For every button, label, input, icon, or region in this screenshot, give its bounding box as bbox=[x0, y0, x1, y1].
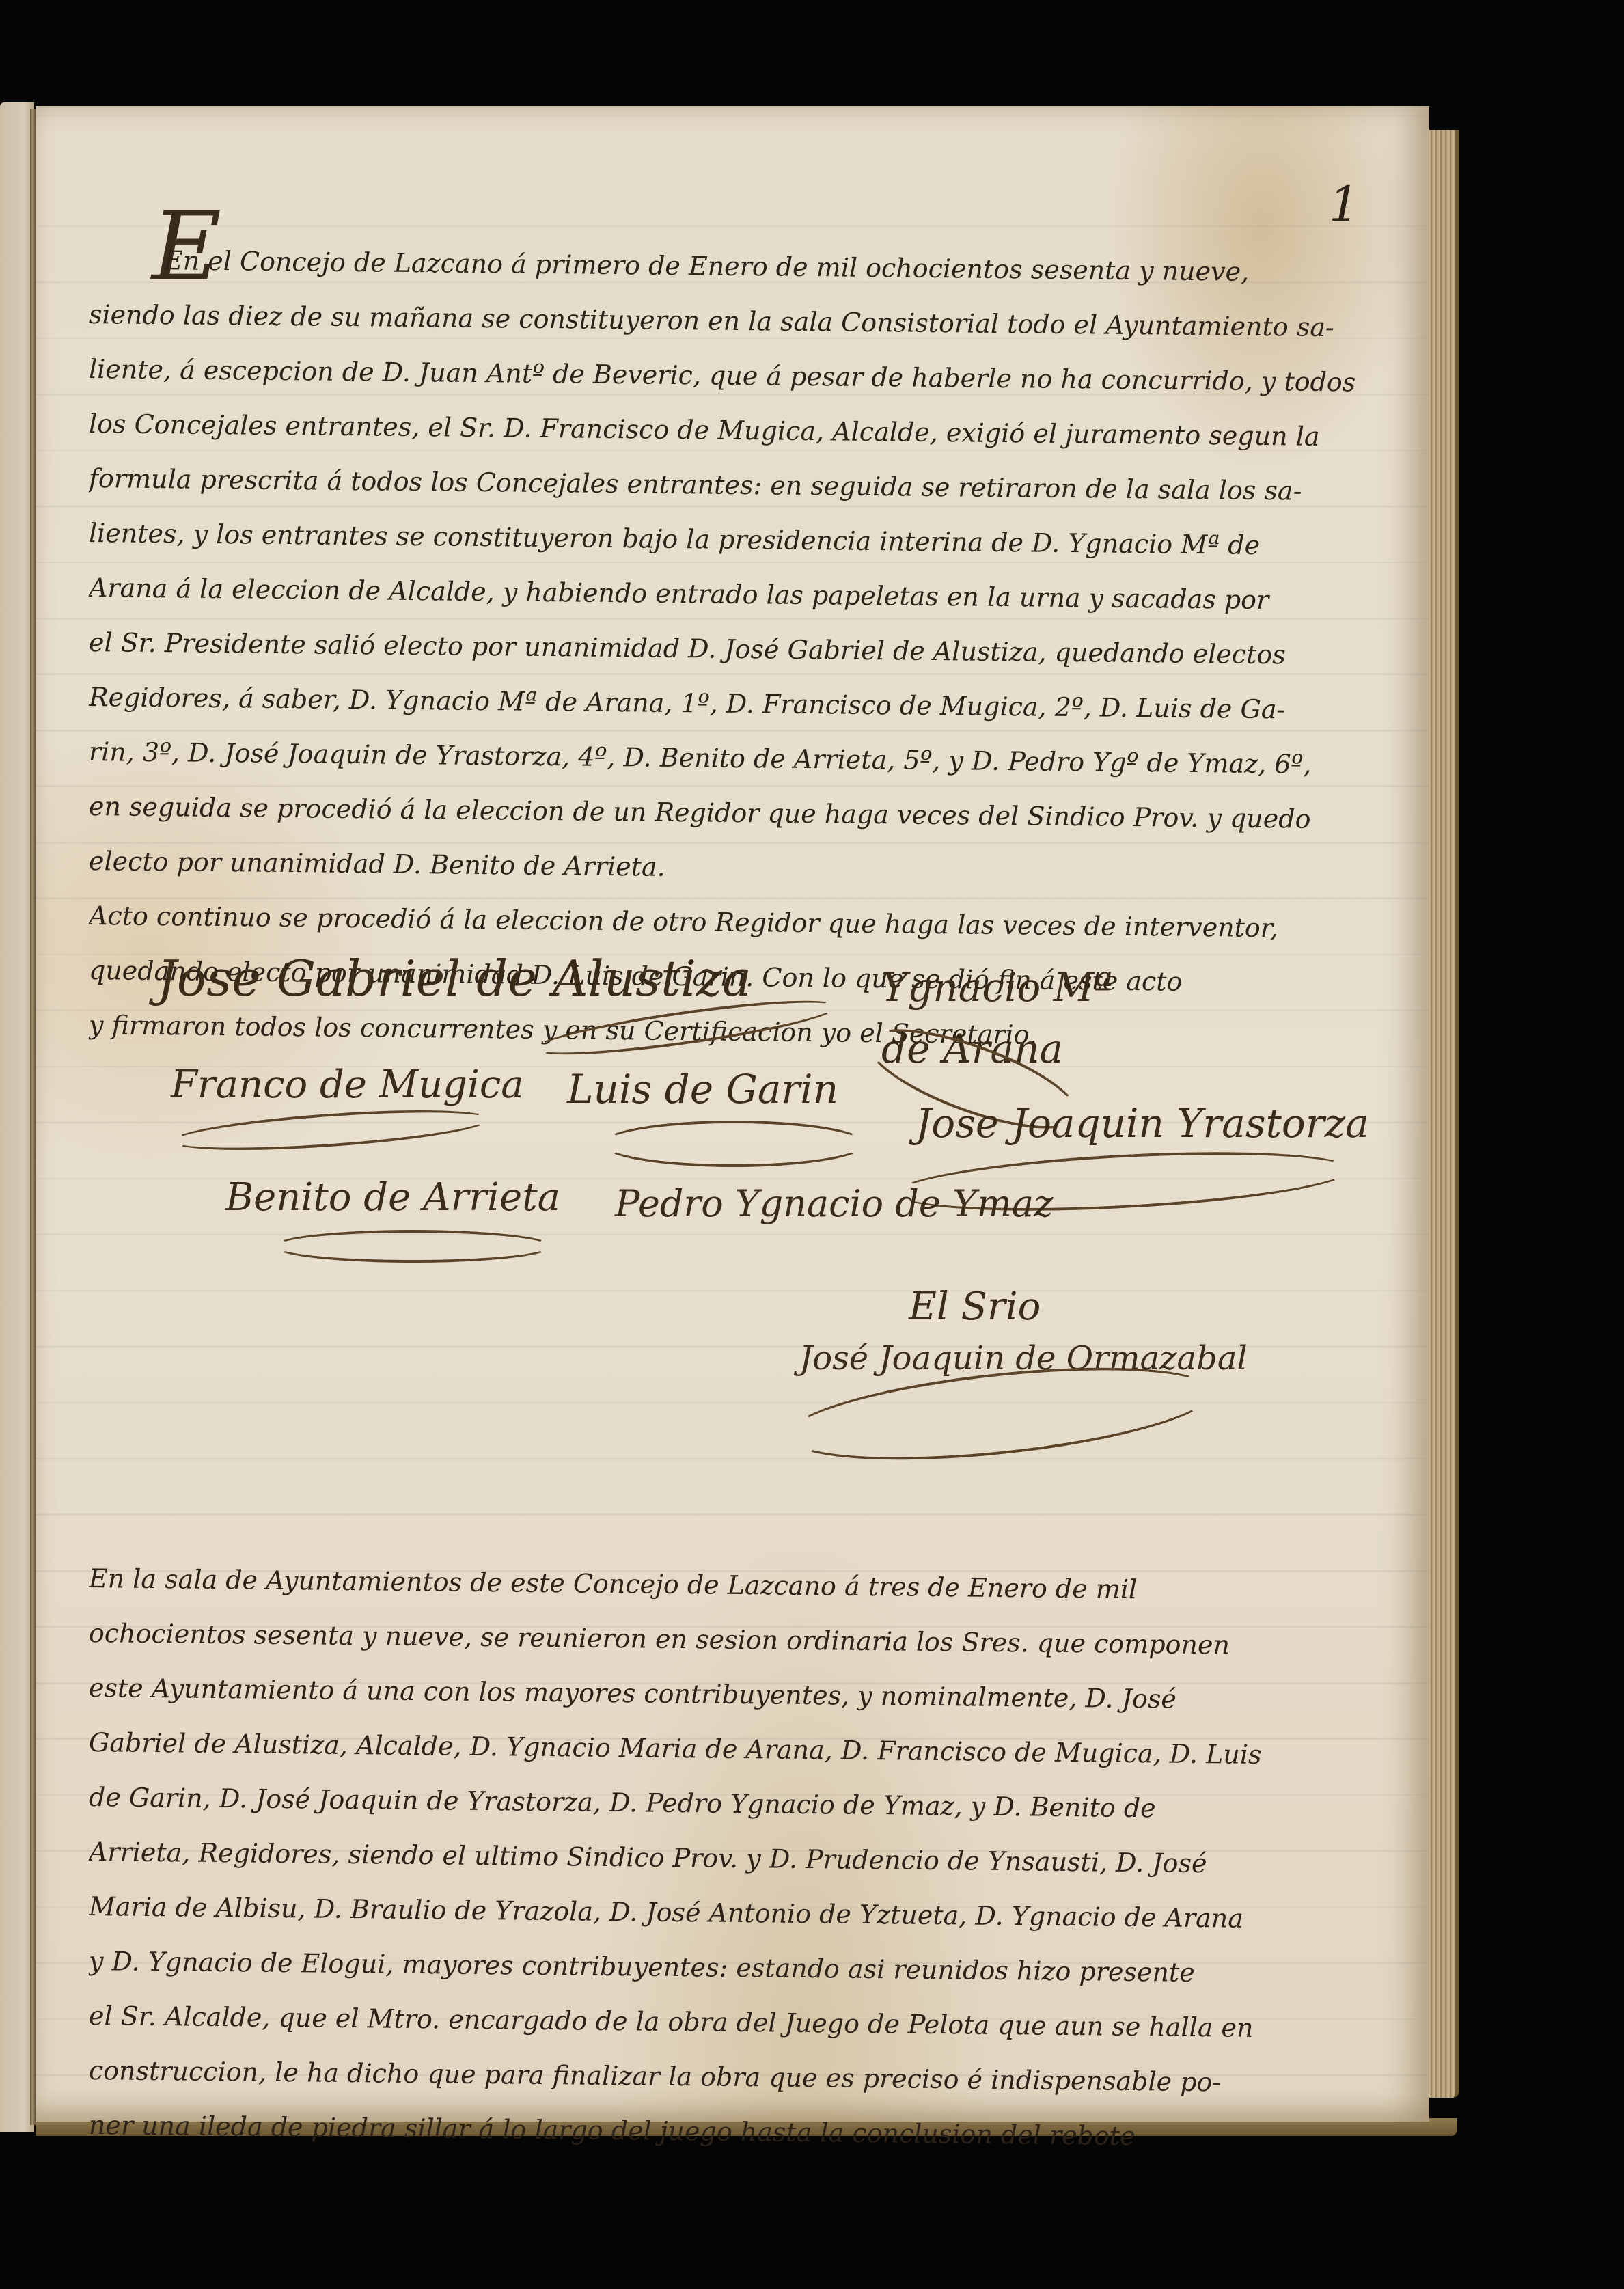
entry-2-text: En la sala de Ayuntamientos de este Conc… bbox=[89, 1551, 1407, 2152]
signature-mugica: Franco de Mugica bbox=[171, 1063, 524, 1107]
signature-flourish bbox=[273, 1230, 552, 1263]
book-spine bbox=[30, 109, 36, 2125]
left-page-edge bbox=[0, 102, 34, 2132]
entry-1-text: En el Concejo de Lazcano á primero de En… bbox=[89, 232, 1407, 1052]
signature-yrastorza: Jose Joaquin Yrastorza bbox=[916, 1100, 1369, 1147]
folio-number: 1 bbox=[1329, 176, 1360, 232]
signature-ymaz: Pedro Ygnacio de Ymaz bbox=[615, 1182, 1054, 1225]
signature-flourish bbox=[601, 1121, 866, 1167]
secretary-title: El Srio bbox=[909, 1285, 1041, 1329]
signature-garin: Luis de Garin bbox=[567, 1066, 838, 1112]
signature-arrieta: Benito de Arrieta bbox=[225, 1175, 560, 1220]
signature-alustiza: Jose Gabriel de Alustiza bbox=[157, 950, 752, 1007]
page-stack-edges bbox=[1428, 130, 1459, 2098]
